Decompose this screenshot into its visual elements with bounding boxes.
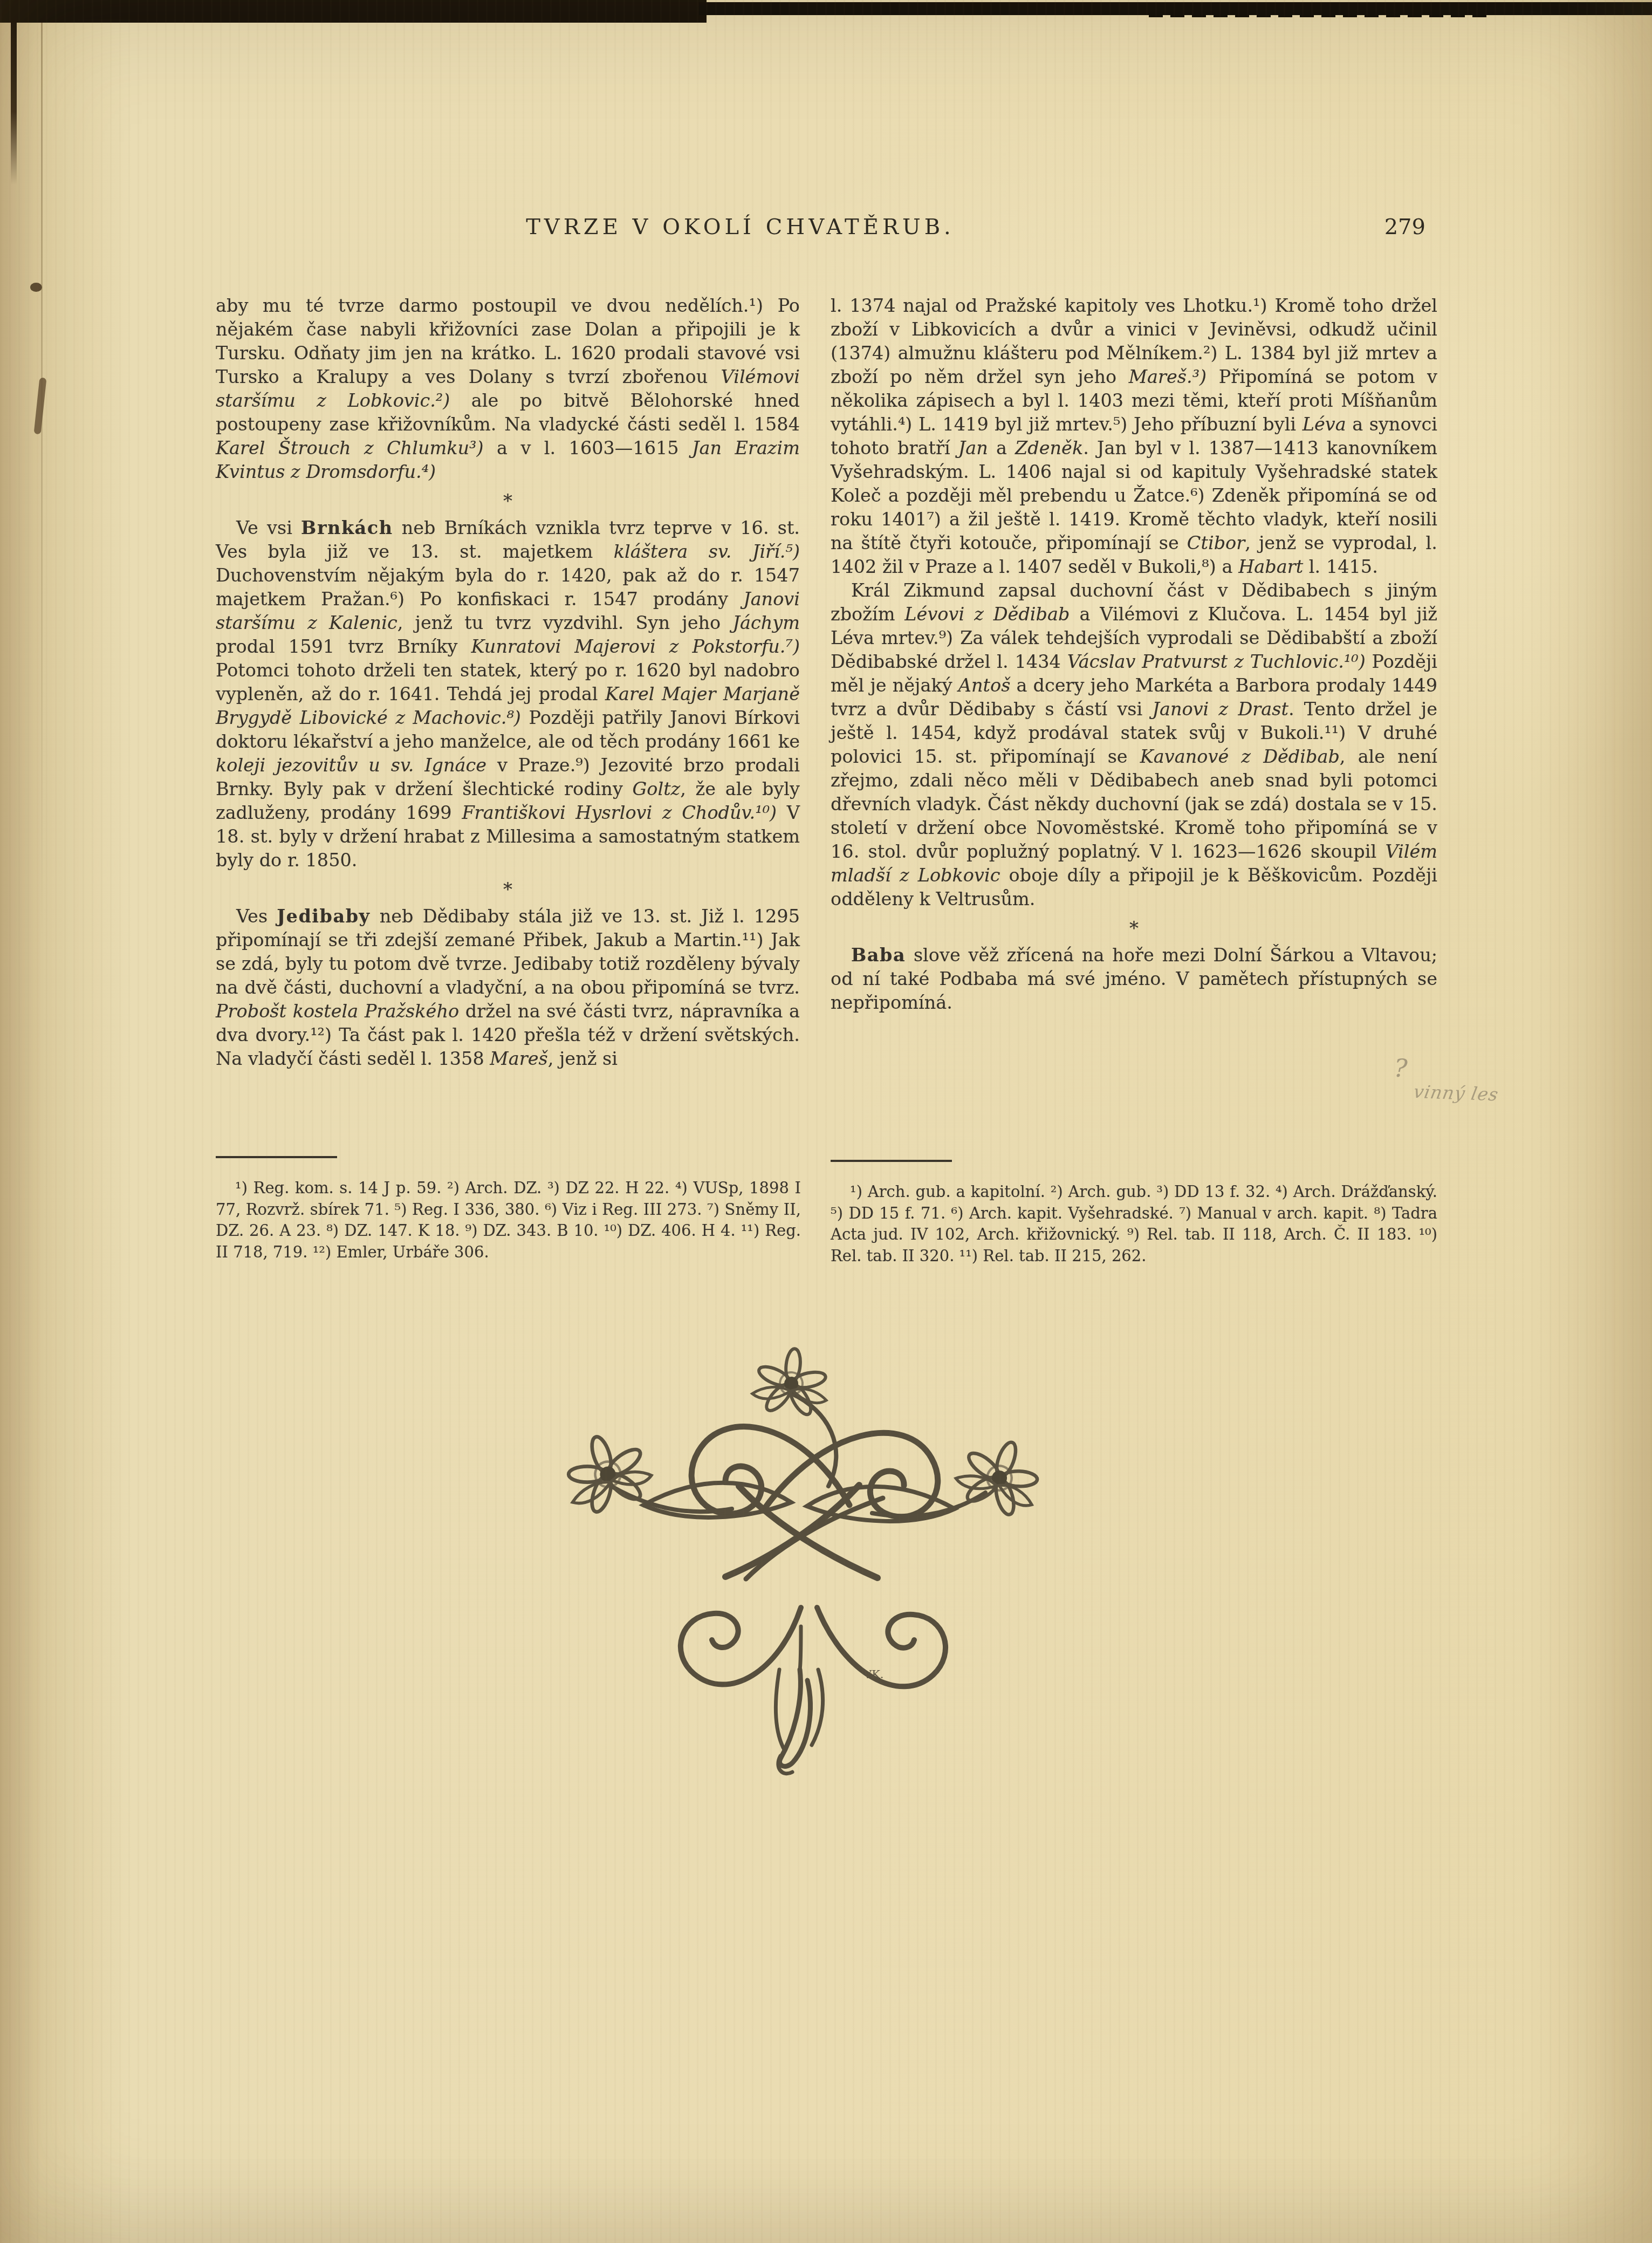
person-name-italic: Jáchym [733, 612, 800, 633]
footnote-rule-right [831, 1160, 952, 1162]
engraver-monogram: VK. [863, 1668, 884, 1681]
body-text: l. 1415. [1303, 556, 1378, 577]
paragraph: Baba slove věž zřícená na hoře mezi Doln… [831, 943, 1437, 1015]
footnotes-right: ¹) Arch. gub. a kapitolní. ²) Arch. gub.… [831, 1181, 1437, 1267]
person-name-italic: Mareš [490, 1048, 547, 1069]
margin-annotation-pencil: ? vinný les [1391, 1055, 1533, 1105]
body-text: Duchovenstvím nějakým byla do r. 1420, p… [216, 565, 800, 610]
scan-top-edge-right [699, 2, 1652, 15]
text-block: aby mu té tvrze darmo postoupil ve dvou … [216, 294, 1437, 1179]
paragraph: Ve vsi Brnkách neb Brníkách vznikla tvrz… [216, 516, 800, 872]
left-text-column: aby mu té tvrze darmo postoupil ve dvou … [216, 294, 800, 1071]
person-name-italic: Kavanové z Dědibab [1140, 746, 1340, 767]
body-text: a v l. 1603—1615 [484, 437, 692, 459]
person-name-italic: Goltz [633, 778, 681, 799]
paragraph: l. 1374 najal od Pražské kapitoly ves Lh… [831, 294, 1437, 579]
page-number: 279 [1384, 215, 1425, 240]
person-name-italic: Kunratovi Majerovi z Pokstorfu.⁷) [471, 636, 800, 657]
paragraph: Král Zikmund zapsal duchovní část v Dědi… [831, 579, 1437, 911]
person-name-italic: Probošt kostela Pražského [216, 1001, 459, 1022]
scan-left-edge-line [11, 23, 17, 184]
body-text: , jenž tu tvrz vyzdvihl. Syn jeho [397, 612, 733, 633]
body-text: aby mu té tvrze darmo postoupil ve dvou … [216, 295, 800, 387]
person-name-italic: Janovi z Drast [1153, 699, 1288, 720]
book-page-scan: { "header": { "title": "TVRZE V OKOLÍ CH… [0, 0, 1652, 2243]
person-name-italic: koleji jezovitův u sv. Ignáce [216, 755, 486, 776]
person-name-italic: Ctibor [1187, 532, 1245, 553]
person-name-italic: Zdeněk [1015, 437, 1083, 459]
place-name-bold: Brnkách [301, 517, 393, 538]
person-name-italic: Léva [1303, 414, 1346, 435]
pencil-question-mark: ? [1394, 1055, 1533, 1086]
right-text-column: l. 1374 najal od Pražské kapitoly ves Lh… [831, 294, 1437, 1015]
paragraph: Ves Jedibaby neb Dědibaby stála již ve 1… [216, 905, 800, 1071]
section-separator-asterisk: * [216, 879, 800, 900]
body-text: a [988, 437, 1015, 459]
person-name-italic: Antoš [958, 675, 1011, 696]
paragraph: aby mu té tvrze darmo postoupil ve dvou … [216, 294, 800, 484]
footnotes-left: ¹) Reg. kom. s. 14 J p. 59. ²) Arch. DZ.… [216, 1178, 801, 1263]
person-name-italic: Mareš.³) [1129, 366, 1207, 387]
person-name-italic: Karel Štrouch z Chlumku³) [216, 437, 484, 459]
ink-speck [30, 283, 42, 292]
body-text: Ves [236, 906, 277, 927]
person-name-italic: Jan [958, 437, 988, 459]
body-text: Ve vsi [236, 517, 301, 538]
place-name-bold: Jedibaby [277, 906, 370, 927]
scan-top-edge-left [0, 0, 707, 23]
person-name-italic: kláštera sv. Jiří.⁵) [614, 541, 800, 562]
footnote-rule-left [216, 1156, 337, 1158]
page-crease [41, 23, 43, 940]
header-title: TVRZE V OKOLÍ CHVATĚRUB. [129, 215, 1351, 240]
person-name-italic: Habart [1238, 556, 1303, 577]
scan-top-edge-ragged [1149, 14, 1494, 17]
body-text: slove věž zřícená na hoře mezi Dolní Šár… [831, 945, 1437, 1013]
person-name-italic: Františkovi Hysrlovi z Chodův.¹⁰) [462, 802, 777, 823]
body-text: , jenž si [548, 1048, 618, 1069]
body-text: ¹) Reg. kom. s. 14 J p. 59. ²) Arch. DZ.… [216, 1179, 801, 1261]
person-name-italic: Vácslav Pratvurst z Tuchlovic.¹⁰) [1067, 651, 1366, 672]
pencil-note-text: vinný les [1412, 1083, 1533, 1105]
body-text: prodal 1591 tvrz Brníky [216, 636, 471, 657]
running-header: TVRZE V OKOLÍ CHVATĚRUB. 279 [216, 215, 1437, 252]
body-text: ¹) Arch. gub. a kapitolní. ²) Arch. gub.… [831, 1182, 1437, 1265]
place-name-bold: Baba [851, 945, 906, 966]
section-separator-asterisk: * [831, 918, 1437, 939]
ink-speck [34, 378, 47, 435]
person-name-italic: Lévovi z Dědibab [904, 604, 1070, 625]
floral-scrollwork-ornament-icon: VK. [547, 1324, 1052, 1794]
section-separator-asterisk: * [216, 490, 800, 512]
